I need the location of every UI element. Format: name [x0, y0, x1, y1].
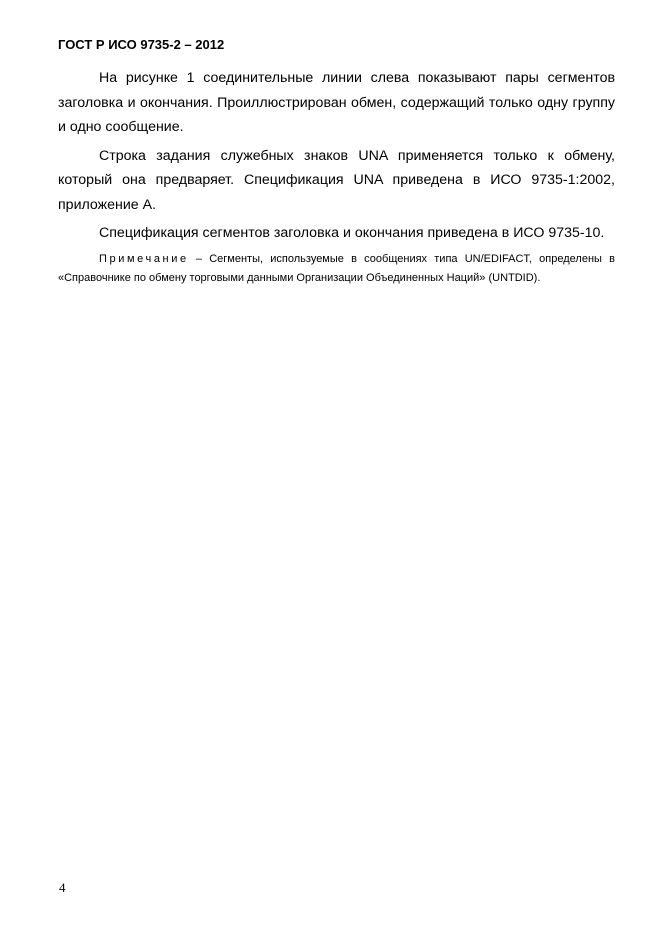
note-label: Примечание: [99, 253, 189, 265]
paragraph: Строка задания служебных знаков UNA прим…: [58, 144, 615, 218]
page-number: 4: [59, 880, 66, 896]
note: Примечание – Сегменты, используемые в со…: [58, 250, 615, 288]
paragraph: Спецификация сегментов заголовка и оконч…: [58, 221, 615, 246]
document-body: На рисунке 1 соединительные линии слева …: [58, 66, 615, 288]
document-header: ГОСТ Р ИСО 9735-2 – 2012: [58, 37, 224, 52]
paragraph: На рисунке 1 соединительные линии слева …: [58, 66, 615, 140]
